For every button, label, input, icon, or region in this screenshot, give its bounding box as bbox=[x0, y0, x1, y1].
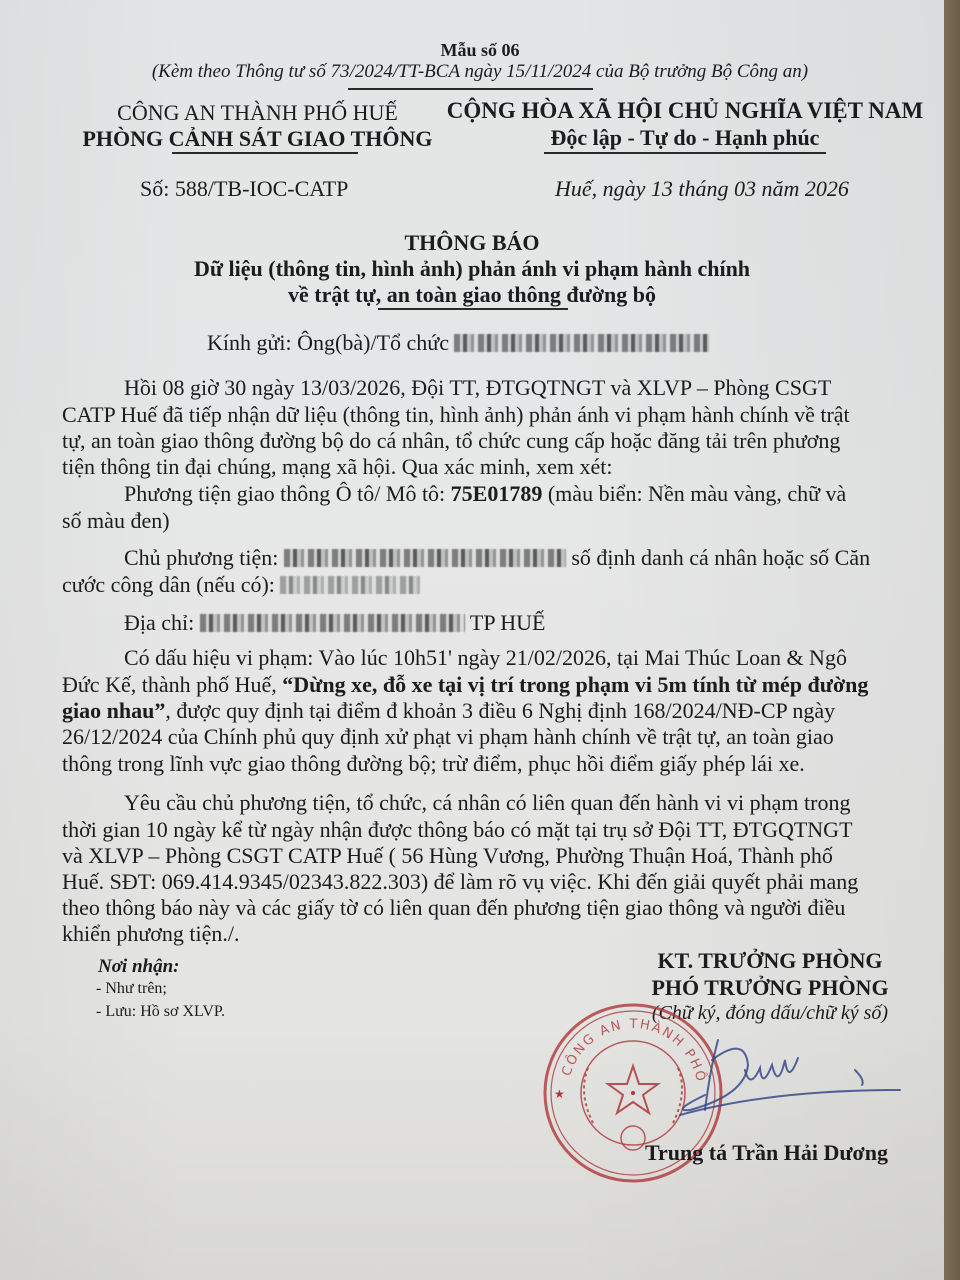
owner-id-label: cước công dân (nếu có): bbox=[62, 572, 275, 597]
violation-line2: Đức Kế, thành phố Huế, “Dừng xe, đỗ xe t… bbox=[62, 672, 868, 698]
request-line2: thời gian 10 ngày kể từ ngày nhận được t… bbox=[62, 817, 853, 843]
agency-parent: CÔNG AN THÀNH PHỐ HUẾ bbox=[80, 100, 435, 126]
nation-motto: Độc lập - Tự do - Hạnh phúc bbox=[445, 125, 925, 151]
owner-id-text: số định danh cá nhân hoặc số Căn bbox=[571, 545, 870, 570]
redacted-owner-name bbox=[284, 549, 566, 567]
form-reference: (Kèm theo Thông tư số 73/2024/TT-BCA ngà… bbox=[0, 61, 960, 83]
plate-description-cont: số màu đen) bbox=[62, 508, 170, 534]
document-number: Số: 588/TB-IOC-CATP bbox=[140, 176, 348, 202]
redacted-recipient-name bbox=[454, 334, 709, 352]
license-plate: 75E01789 bbox=[451, 481, 543, 506]
header-divider bbox=[348, 88, 593, 90]
document-page: Mẫu số 06 (Kèm theo Thông tư số 73/2024/… bbox=[0, 0, 944, 1280]
para1-line4: tiện thông tin đại chúng, mạng xã hội. Q… bbox=[62, 454, 613, 480]
recipient-item: - Như trên; bbox=[96, 980, 167, 998]
nation-name: CỘNG HÒA XÃ HỘI CHỦ NGHĨA VIỆT NAM bbox=[445, 98, 925, 124]
redacted-id-number bbox=[280, 576, 420, 594]
recipient-item: - Lưu: Hồ sơ XLVP. bbox=[96, 1003, 225, 1021]
violation-location: Đức Kế, thành phố Huế, bbox=[62, 672, 282, 697]
address-label: Địa chỉ: bbox=[124, 610, 194, 635]
request-line5: theo thông báo này và các giấy tờ có liê… bbox=[62, 895, 845, 921]
recipient-line: Kính gửi: Ông(bà)/Tổ chức bbox=[207, 330, 709, 356]
recipients-title: Nơi nhận: bbox=[98, 956, 179, 978]
para1-line2: CATP Huế đã tiếp nhận dữ liệu (thông tin… bbox=[62, 402, 850, 428]
violation-legal-basis: , được quy định tại điểm đ khoản 3 điều … bbox=[165, 698, 835, 723]
motto-underline bbox=[544, 152, 826, 154]
svg-text:★: ★ bbox=[554, 1087, 565, 1101]
address-city: TP HUẾ bbox=[470, 610, 546, 635]
title-underline bbox=[378, 308, 568, 310]
request-line1: Yêu cầu chủ phương tiện, tổ chức, cá nhâ… bbox=[124, 790, 850, 816]
violation-description: “Dừng xe, đỗ xe tại vị trí trong phạm vi… bbox=[282, 672, 868, 697]
recipient-label: Kính gửi: Ông(bà)/Tổ chức bbox=[207, 330, 449, 355]
redacted-address bbox=[200, 614, 465, 632]
vehicle-label: Phương tiện giao thông Ô tô/ Mô tô: bbox=[124, 481, 445, 506]
agency-underline bbox=[172, 152, 358, 154]
handwritten-signature-icon bbox=[650, 1030, 920, 1130]
vehicle-line: Phương tiện giao thông Ô tô/ Mô tô: 75E0… bbox=[124, 481, 846, 507]
violation-description-end: giao nhau” bbox=[62, 698, 165, 723]
document-subtitle-line1: Dữ liệu (thông tin, hình ảnh) phản ánh v… bbox=[0, 256, 944, 282]
violation-line4: 26/12/2024 của Chính phủ quy định xử phạ… bbox=[62, 724, 834, 750]
owner-label: Chủ phương tiện: bbox=[124, 545, 278, 570]
para1-line1: Hồi 08 giờ 30 ngày 13/03/2026, Đội TT, Đ… bbox=[124, 375, 831, 401]
violation-line3: giao nhau”, được quy định tại điểm đ kho… bbox=[62, 698, 835, 724]
violation-line1: Có dấu hiệu vi phạm: Vào lúc 10h51' ngày… bbox=[124, 645, 847, 671]
address-line: Địa chỉ: TP HUẾ bbox=[124, 610, 545, 636]
form-number: Mẫu số 06 bbox=[0, 40, 960, 61]
request-line4: Huế. SĐT: 069.414.9345/02343.822.303) để… bbox=[62, 869, 858, 895]
plate-description: (màu biển: Nền màu vàng, chữ và bbox=[548, 481, 846, 506]
signature-title-1: KT. TRƯỞNG PHÒNG bbox=[600, 948, 940, 974]
signer-name: Trung tá Trần Hải Dương bbox=[645, 1140, 888, 1166]
owner-id-line: cước công dân (nếu có): bbox=[62, 572, 420, 598]
place-date: Huế, ngày 13 tháng 03 năm 2026 bbox=[555, 176, 849, 202]
document-subtitle-line2: về trật tự, an toàn giao thông đường bộ bbox=[0, 282, 944, 308]
request-line6: khiển phương tiện./. bbox=[62, 921, 240, 947]
owner-line: Chủ phương tiện: số định danh cá nhân ho… bbox=[124, 545, 870, 571]
document-title: THÔNG BÁO bbox=[0, 230, 944, 256]
agency-name: PHÒNG CẢNH SÁT GIAO THÔNG bbox=[70, 126, 445, 152]
para1-line3: tự, an toàn giao thông đường bộ do cá nh… bbox=[62, 428, 840, 454]
request-line3: và XLVP – Phòng CSGT CATP Huế ( 56 Hùng … bbox=[62, 843, 833, 869]
violation-line5: thông trong lĩnh vực giao thông đường bộ… bbox=[62, 751, 805, 777]
